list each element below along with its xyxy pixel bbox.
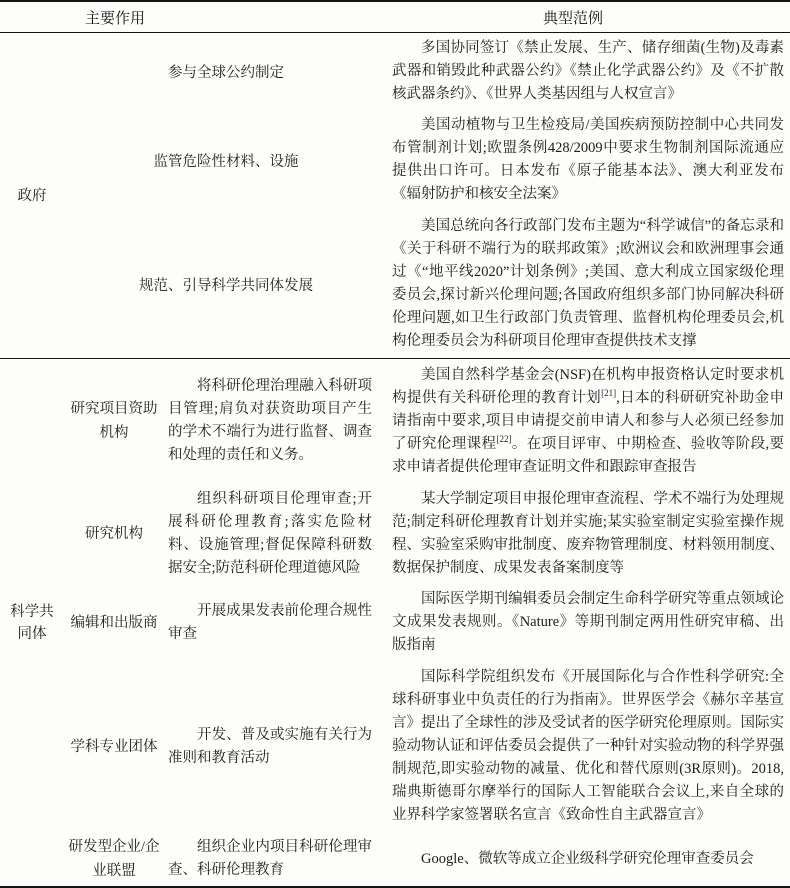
reference-superscript: [21]: [601, 388, 616, 398]
table-row: 科学共同体研究项目资助机构将科研伦理治理融入科研项目管理;肩负对获资助项目产生的…: [0, 359, 790, 484]
reference-superscript: [22]: [496, 434, 511, 444]
main-role-cell: 监管危险性材料、设施: [64, 110, 388, 211]
typical-example-cell: 国际科学院组织发布《开展国际化与合作性科学研究:全球科研事业中负责任的行为指南》…: [388, 661, 790, 832]
roles-and-examples-table: 主要作用 典型范例 政府参与全球公约制定多国协同签订《禁止发展、生产、储存细菌(…: [0, 0, 790, 888]
main-role-cell: 参与全球公约制定: [64, 33, 388, 110]
main-role-cell: 开展成果发表前伦理合规性审查: [164, 584, 388, 661]
table-row: 编辑和出版商开展成果发表前伦理合规性审查国际医学期刊编辑委员会制定生命科学研究等…: [0, 584, 790, 661]
table-row: 学科专业团体开发、普及或实施有关行为准则和教育活动国际科学院组织发布《开展国际化…: [0, 661, 790, 832]
main-role-cell: 开发、普及或实施有关行为准则和教育活动: [164, 661, 388, 832]
table-header: 主要作用 典型范例: [0, 1, 790, 33]
table-row: 监管危险性材料、设施美国动植物与卫生检疫局/美国疾病预防控制中心共同发布管制剂计…: [0, 110, 790, 211]
typical-example-cell: 美国动植物与卫生检疫局/美国疾病预防控制中心共同发布管制剂计划;欧盟条例428/…: [388, 110, 790, 211]
typical-example-cell: 国际医学期刊编辑委员会制定生命科学研究等重点领域论文成果发表规则。《Nature…: [388, 584, 790, 661]
main-role-cell: 组织科研项目伦理审查;开展科研伦理教育;落实危险材料、设施管理;督促保障科研数据…: [164, 484, 388, 585]
table-row: 规范、引导科学共同体发展美国总统向各行政部门发布主题为“科学诚信”的备忘录和《关…: [0, 211, 790, 359]
column-header-main-role: 主要作用: [0, 1, 388, 33]
entity-cell: 研究项目资助机构: [64, 359, 164, 484]
table-row: 研发型企业/企业联盟组织企业内项目科研伦理审查、科研伦理教育Google、微软等…: [0, 833, 790, 887]
table-body: 政府参与全球公约制定多国协同签订《禁止发展、生产、储存细菌(生物)及毒素武器和销…: [0, 33, 790, 888]
typical-example-cell: Google、微软等成立企业级科学研究伦理审查委员会: [388, 833, 790, 887]
typical-example-cell: 某大学制定项目申报伦理审查流程、学术不端行为处理规范;制定科研伦理教育计划并实施…: [388, 484, 790, 585]
group-label-government: 政府: [0, 33, 64, 359]
typical-example-cell: 多国协同签订《禁止发展、生产、储存细菌(生物)及毒素武器和销毁此种武器公约》《禁…: [388, 33, 790, 110]
paper-table-page: 主要作用 典型范例 政府参与全球公约制定多国协同签订《禁止发展、生产、储存细菌(…: [0, 0, 790, 888]
typical-example-cell: 美国总统向各行政部门发布主题为“科学诚信”的备忘录和《关于科研不端行为的联邦政策…: [388, 211, 790, 359]
main-role-cell: 规范、引导科学共同体发展: [64, 211, 388, 359]
typical-example-cell: 美国自然科学基金会(NSF)在机构申报资格认定时要求机构提供有关科研伦理的教育计…: [388, 359, 790, 484]
entity-cell: 研发型企业/企业联盟: [64, 833, 164, 887]
main-role-cell: 组织企业内项目科研伦理审查、科研伦理教育: [164, 833, 388, 887]
header-row: 主要作用 典型范例: [0, 1, 790, 33]
table-row: 研究机构组织科研项目伦理审查;开展科研伦理教育;落实危险材料、设施管理;督促保障…: [0, 484, 790, 585]
column-header-typical-example: 典型范例: [388, 1, 790, 33]
entity-cell: 学科专业团体: [64, 661, 164, 832]
group-label-scientific-community: 科学共同体: [0, 359, 64, 887]
entity-cell: 研究机构: [64, 484, 164, 585]
entity-cell: 编辑和出版商: [64, 584, 164, 661]
main-role-cell: 将科研伦理治理融入科研项目管理;肩负对获资助项目产生的学术不端行为进行监督、调查…: [164, 359, 388, 484]
table-row: 政府参与全球公约制定多国协同签订《禁止发展、生产、储存细菌(生物)及毒素武器和销…: [0, 33, 790, 110]
